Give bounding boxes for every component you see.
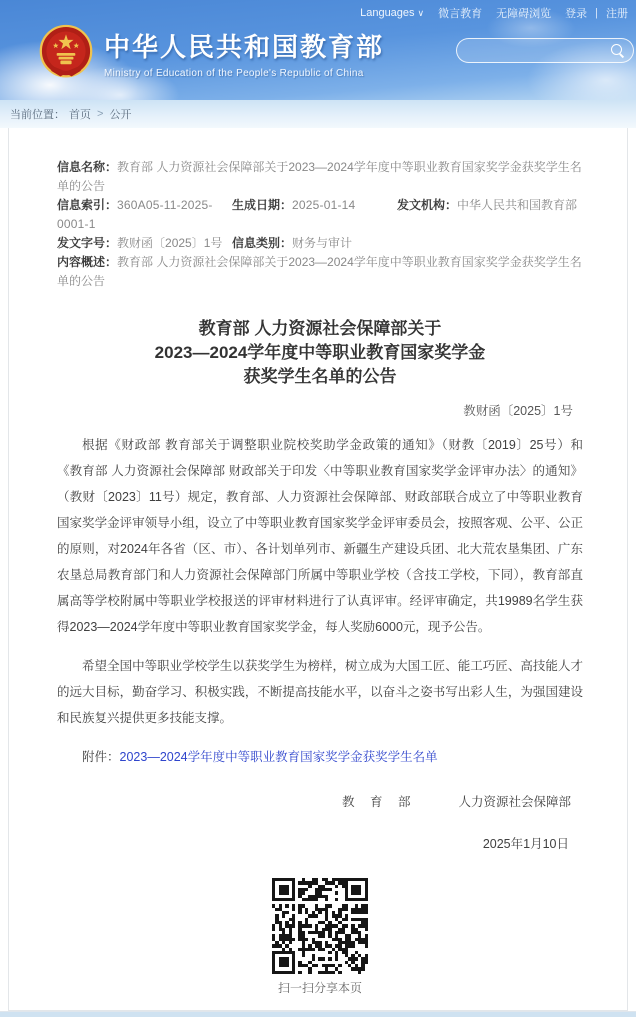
- page: Languages∨ 微言教育 无障碍浏览 登录 | 注册 中华人民共和国教育部: [0, 0, 636, 1017]
- site-brand[interactable]: 中华人民共和国教育部 Ministry of Education of the …: [38, 24, 384, 82]
- meta-org-value: 中华人民共和国教育部: [457, 198, 577, 212]
- meta-row-index: 信息索引：360A05-11-2025-0001-1 生成日期：2025-01-…: [57, 196, 583, 234]
- meta-index-label: 信息索引：: [57, 198, 117, 212]
- document-date: 2025年1月10日: [57, 834, 583, 852]
- meta-name-value: 教育部 人力资源社会保障部关于2023—2024学年度中等职业教育国家奖学金获奖…: [57, 160, 582, 193]
- body-paragraph-2: 希望全国中等职业学校学生以获奖学生为榜样，树立成为大国工匠、能工巧匠、高技能人才…: [57, 653, 583, 731]
- meta-docno-label: 发文字号：: [57, 236, 117, 250]
- search-box: [456, 38, 634, 63]
- meta-row-docno: 发文字号：教财函〔2025〕1号 信息类别：财务与审计: [57, 234, 583, 253]
- meta-name-label: 信息名称：: [57, 160, 117, 174]
- signature-line: 教 育 部 人力资源社会保障部: [57, 792, 583, 810]
- chevron-down-icon: ∨: [418, 8, 425, 18]
- document-title-line3: 获奖学生名单的公告: [57, 365, 583, 389]
- signer-moe: 教 育 部: [342, 792, 416, 810]
- qr-section: 扫一扫分享本页: [57, 878, 583, 996]
- link-divider: |: [595, 7, 598, 19]
- attachment-link[interactable]: 2023—2024学年度中等职业教育国家奖学金获奖学生名单: [120, 750, 438, 764]
- site-title: 中华人民共和国教育部: [104, 27, 384, 64]
- site-header: Languages∨ 微言教育 无障碍浏览 登录 | 注册 中华人民共和国教育部: [0, 0, 636, 100]
- document-panel: 信息名称：教育部 人力资源社会保障部关于2023—2024学年度中等职业教育国家…: [8, 128, 628, 1011]
- breadcrumb-home-link[interactable]: 首页: [69, 106, 91, 122]
- document-title-line1: 教育部 人力资源社会保障部关于: [57, 317, 583, 341]
- register-link[interactable]: 注册: [606, 5, 628, 21]
- breadcrumb-prefix: 当前位置：: [10, 106, 65, 122]
- attachment-line: 附件：2023—2024学年度中等职业教育国家奖学金获奖学生名单: [57, 744, 583, 770]
- meta-gen-date-value: 2025-01-14: [292, 198, 355, 212]
- breadcrumb-separator: >: [97, 108, 103, 120]
- search-icon[interactable]: [611, 44, 625, 58]
- breadcrumb: 当前位置： 首页 > 公开: [0, 100, 636, 128]
- accessibility-link[interactable]: 无障碍浏览: [496, 5, 551, 21]
- meta-docno-value: 教财函〔2025〕1号: [117, 236, 222, 250]
- signer-mohrss: 人力资源社会保障部: [458, 792, 571, 810]
- document-meta: 信息名称：教育部 人力资源社会保障部关于2023—2024学年度中等职业教育国家…: [57, 158, 583, 291]
- languages-menu[interactable]: Languages∨: [360, 7, 424, 19]
- attachment-label: 附件：: [82, 750, 120, 764]
- document-title-line2: 2023—2024学年度中等职业教育国家奖学金: [57, 341, 583, 365]
- meta-row-name: 信息名称：教育部 人力资源社会保障部关于2023—2024学年度中等职业教育国家…: [57, 158, 583, 196]
- topbar: Languages∨ 微言教育 无障碍浏览 登录 | 注册: [360, 5, 628, 21]
- meta-org-label: 发文机构：: [397, 198, 457, 212]
- document-title: 教育部 人力资源社会保障部关于 2023—2024学年度中等职业教育国家奖学金 …: [57, 317, 583, 389]
- site-subtitle: Ministry of Education of the People's Re…: [104, 68, 384, 79]
- qr-caption: 扫一扫分享本页: [278, 979, 362, 996]
- meta-gen-date-label: 生成日期：: [232, 198, 292, 212]
- login-link[interactable]: 登录: [565, 5, 587, 21]
- body-paragraph-1: 根据《财政部 教育部关于调整职业院校奖助学金政策的通知》（财教〔2019〕25号…: [57, 432, 583, 640]
- meta-summary-value: 教育部 人力资源社会保障部关于2023—2024学年度中等职业教育国家奖学金获奖…: [57, 255, 582, 288]
- meta-category-value: 财务与审计: [292, 236, 352, 250]
- national-emblem-icon: [38, 24, 94, 82]
- qr-code: [272, 878, 368, 974]
- weiyan-education-link[interactable]: 微言教育: [438, 5, 482, 21]
- meta-summary-label: 内容概述：: [57, 255, 117, 269]
- meta-row-summary: 内容概述：教育部 人力资源社会保障部关于2023—2024学年度中等职业教育国家…: [57, 253, 583, 291]
- meta-category-label: 信息类别：: [232, 236, 292, 250]
- search-input[interactable]: [469, 44, 611, 58]
- document-number: 教财函〔2025〕1号: [57, 401, 583, 419]
- brand-text: 中华人民共和国教育部 Ministry of Education of the …: [104, 27, 384, 79]
- breadcrumb-section-link[interactable]: 公开: [109, 106, 131, 122]
- footer-strip: [0, 1011, 636, 1017]
